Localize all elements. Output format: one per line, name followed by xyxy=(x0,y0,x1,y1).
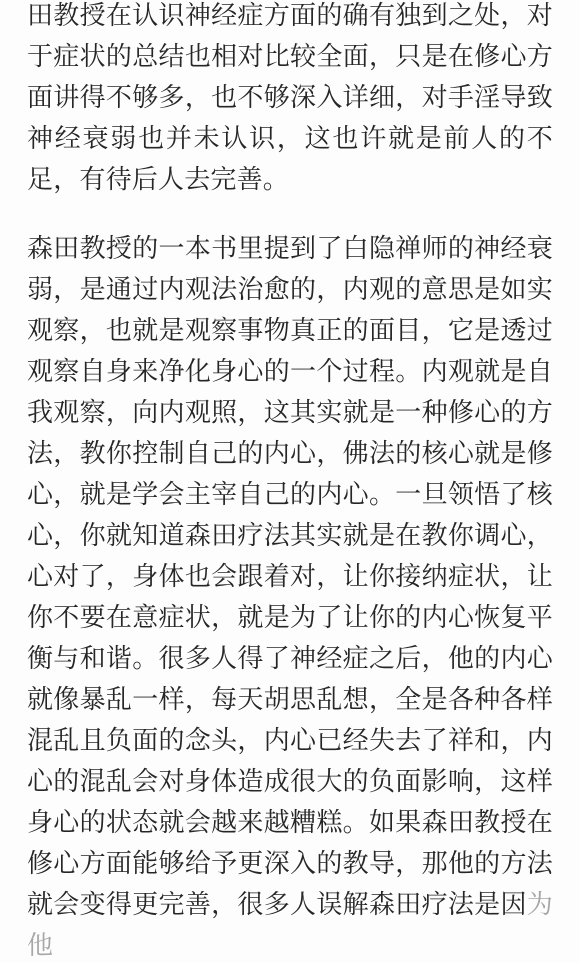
paragraph-text: 森田教授的一本书里提到了白隐禅师的神经衰弱，是通过内观法治愈的，内观的意思是如实… xyxy=(27,234,553,920)
paragraph: 森田教授的一本书里提到了白隐禅师的神经衰弱，是通过内观法治愈的，内观的意思是如实… xyxy=(27,229,553,963)
article-page: 田教授在认识神经症方面的确有独到之处，对于症状的总结也相对比较全面，只是在修心方… xyxy=(0,0,580,963)
paragraph: 田教授在认识神经症方面的确有独到之处，对于症状的总结也相对比较全面，只是在修心方… xyxy=(27,0,553,201)
